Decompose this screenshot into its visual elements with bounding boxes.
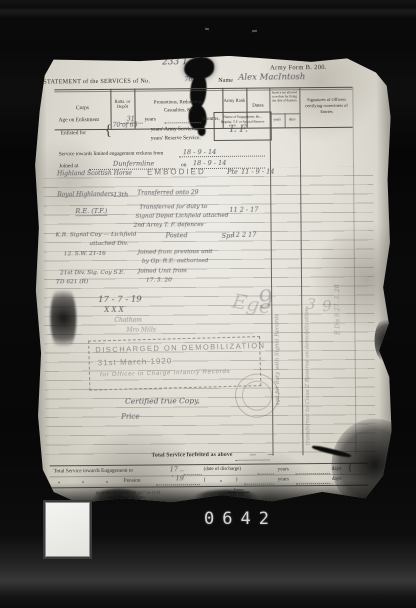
- name-handwritten: Alex MacIntosh: [238, 72, 305, 83]
- row-entry: 2nd Army T. F. defences: [133, 222, 203, 229]
- pension-total-value: ' 19: [172, 474, 184, 482]
- row-date: 11 2 - 17: [229, 206, 258, 214]
- document-paper: Army Form B. 200. 233 1 STATEMENT of the…: [32, 54, 394, 505]
- row-corps2: attached Div.: [90, 241, 129, 247]
- row-corps: Royal Highlanders: [57, 191, 114, 198]
- ditto-mark: „: [220, 477, 223, 483]
- blank-line: [184, 469, 202, 475]
- row-corps: Highland Scottish Horse: [57, 170, 132, 178]
- col-header-years: years: [270, 117, 285, 121]
- film-blip-square: [45, 502, 90, 557]
- row-corps: 21st Div. Sig. Coy S.E.: [60, 270, 125, 277]
- row-entry: Joined from previous unit: [138, 249, 213, 256]
- row-rank: Pte: [227, 168, 238, 176]
- blank-line: [296, 468, 330, 474]
- blank-line: [179, 151, 265, 158]
- date-note-handwritten: 17 - 7 - 19: [98, 295, 142, 305]
- paren-close: ): [236, 477, 238, 483]
- row-entry: Posted: [166, 231, 188, 239]
- enlisted-for-label: Enlisted for: [61, 130, 86, 136]
- brace: {: [105, 123, 112, 140]
- paren-open: (: [204, 477, 206, 483]
- row-date: 11 - 9 - 14: [241, 167, 274, 175]
- film-speck: [205, 28, 209, 31]
- margin-note-vertical: E Dis 9 27. 3. 20: [333, 205, 341, 335]
- ditto-mark: „: [58, 478, 61, 484]
- discharge-stamp-box: DISCHARGED ON DEMOBILIZATION 31st March …: [88, 336, 261, 390]
- col-header-signatures: Signatures of Officers certifying correc…: [301, 97, 351, 115]
- statement-title: STATEMENT of the SERVICES of No.: [43, 78, 150, 86]
- footer-rule-mid: [50, 474, 368, 478]
- date-of-discharge-note: (date of discharge): [204, 467, 241, 472]
- form-number: Army Form B. 200.: [270, 64, 327, 71]
- col-header-promotions2: Casualties, &c: [135, 108, 223, 114]
- certifier-signature: Price: [121, 413, 139, 421]
- circular-stamp-inner: [239, 377, 276, 414]
- col-header-days: days: [285, 117, 300, 121]
- certified-copy-handwritten: Certified true Copy,: [125, 396, 200, 406]
- ditto-mark: „: [106, 478, 109, 484]
- row-entry: Transferred for duty to: [139, 204, 207, 211]
- col-header-rank: Army Rank: [222, 98, 246, 103]
- bottom-edge-smudge: [88, 489, 148, 516]
- discharge-stamp-line1: DISCHARGED ON DEMOBILIZATION: [95, 341, 265, 354]
- row-entry: by Gp. R.E. authorised: [142, 258, 209, 265]
- blank-line: [258, 468, 274, 474]
- footer-rule: [50, 485, 368, 489]
- pencil-mark: 9: [322, 297, 333, 316]
- engagement-value-handwritten: T. F.: [229, 124, 248, 135]
- col-header-dates: Dates: [246, 104, 269, 109]
- pension-total-label: Pension: [124, 478, 141, 484]
- xxx-note: X X X: [104, 306, 123, 314]
- col-header-pension-note: Service not allowed to reckon for fixing…: [270, 90, 298, 103]
- place-note-handwritten: Chatham: [114, 317, 142, 324]
- col-header-batta: Batta. or Depôt: [110, 99, 134, 109]
- engagement-total-value: 17 ..: [170, 465, 185, 473]
- microfilm-frame: Army Form B. 200. 233 1 STATEMENT of the…: [0, 0, 416, 608]
- col-header-promotions: Promotions, Reductions,: [134, 100, 222, 106]
- col-header-corps: Corps: [54, 105, 110, 111]
- scrawl-note: Mro Mills: [126, 326, 156, 333]
- forfeited-dash: —: [249, 451, 256, 459]
- engagement-nature-box: Nature of Engagement, &c., Regular, T.F.…: [214, 111, 272, 141]
- name-label: Name: [218, 77, 233, 84]
- years-label: years: [278, 476, 289, 482]
- army-service-label: years' Army Service.: [151, 126, 196, 132]
- frame-counter: 0642: [204, 509, 277, 529]
- blank-line: [296, 478, 330, 484]
- age-years-label: years: [145, 116, 156, 122]
- row-entry: Transferred onto 29: [137, 189, 198, 197]
- engagement-total-label: Total Service towards Engagement to: [54, 468, 133, 475]
- row-entry: Signal Depot Lichfield attached: [135, 213, 228, 220]
- discharge-stamp-line3: for Officer In Charge Infantry Records: [100, 369, 231, 378]
- ditto-mark: „: [82, 478, 85, 484]
- enlisted-term-handwritten: 70 of 65: [113, 122, 138, 129]
- film-speck: [252, 30, 257, 32]
- discharge-stamp-line2: 31st March 1920: [98, 356, 173, 367]
- corner-smudge: [331, 418, 416, 511]
- footer-rule: [50, 463, 368, 467]
- row-batta: 13th: [113, 191, 128, 199]
- row-entry: Joined Unit from: [138, 268, 187, 274]
- row-corps: K.R. Signal Coy — Lichfield: [56, 232, 137, 239]
- blank-line: [244, 478, 274, 484]
- row-corps: R.E. (T.F.): [75, 207, 107, 216]
- edge-tear-shadow: [374, 316, 400, 364]
- blank-line: [165, 117, 201, 123]
- row-date: 12 2 17: [232, 231, 257, 239]
- reckons-label: Service towards limited engagement recko…: [59, 150, 163, 157]
- row-corps: 12. S.W. 21-16: [64, 251, 106, 257]
- edge-smudge: [50, 283, 77, 353]
- reserve-service-label: years' Reserve Service.: [151, 135, 201, 141]
- pension-subheader-rule: [270, 113, 300, 114]
- forfeited-dash: —: [267, 450, 274, 458]
- forfeited-label: Total Service forfeited as above: [152, 452, 233, 459]
- years-label: years: [278, 466, 289, 472]
- embodied-stamp: EMBODIED: [147, 167, 206, 177]
- row-entry: 17. 5. 20: [146, 277, 172, 283]
- age-label: Age on Enlistment: [59, 117, 99, 123]
